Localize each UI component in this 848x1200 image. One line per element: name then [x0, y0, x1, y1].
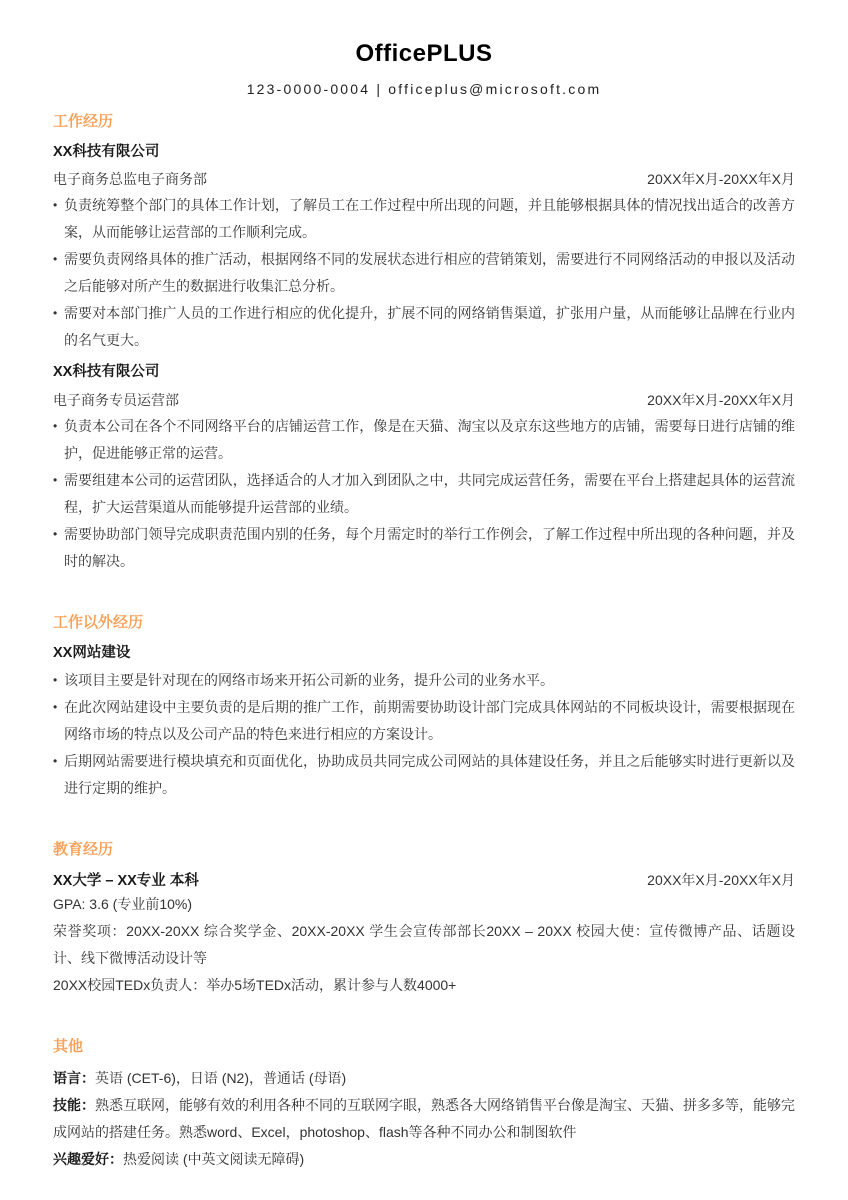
bullet-item: •后期网站需要进行模块填充和页面优化，协助成员共同完成公司网站的具体建设任务，并…	[53, 748, 795, 802]
job-entry: XX科技有限公司 电子商务专员运营部 20XX年X月-20XX年X月 •负责本公…	[53, 363, 795, 575]
bullet-text: 后期网站需要进行模块填充和页面优化，协助成员共同完成公司网站的具体建设任务，并且…	[64, 753, 795, 796]
section-others: 其他 语言：英语 (CET-6)，日语 (N2)，普通话 (母语) 技能：熟悉互…	[53, 1038, 795, 1173]
bullet-item: •负责统筹整个部门的具体工作计划，了解员工在工作过程中所出现的问题，并且能够根据…	[53, 192, 795, 246]
bullet-text: 需要协助部门领导完成职责范围内别的任务，每个月需定时的举行工作例会，了解工作过程…	[64, 526, 795, 569]
skills-line: 技能：熟悉互联网，能够有效的利用各种不同的互联网字眼，熟悉各大网络销售平台像是淘…	[53, 1092, 795, 1146]
languages-label: 语言：	[53, 1070, 95, 1086]
bullet-item: •需要协助部门领导完成职责范围内别的任务，每个月需定时的举行工作例会，了解工作过…	[53, 521, 795, 575]
bullet-text: 负责统筹整个部门的具体工作计划，了解员工在工作过程中所出现的问题，并且能够根据具…	[64, 197, 795, 240]
job-entry: XX科技有限公司 电子商务总监电子商务部 20XX年X月-20XX年X月 •负责…	[53, 143, 795, 355]
project-bullets: •该项目主要是针对现在的网络市场来开拓公司新的业务，提升公司的业务水平。 •在此…	[53, 667, 795, 802]
bullet-icon: •	[53, 300, 57, 327]
section-education: 教育经历 XX大学 – XX专业 本科 20XX年X月-20XX年X月 GPA:…	[53, 841, 795, 1000]
languages-text: 英语 (CET-6)，日语 (N2)，普通话 (母语)	[95, 1070, 346, 1086]
bullet-icon: •	[53, 246, 57, 273]
section-heading-education: 教育经历	[53, 841, 795, 859]
company-name: XX科技有限公司	[53, 363, 159, 383]
bullet-icon: •	[53, 694, 57, 721]
resume-page: OfficePLUS 123-0000-0004 | officeplus@mi…	[0, 0, 848, 1200]
bullet-text: 需要对本部门推广人员的工作进行相应的优化提升，扩展不同的网络销售渠道，扩张用户量…	[64, 305, 795, 348]
bullet-item: •负责本公司在各个不同网络平台的店铺运营工作，像是在天猫、淘宝以及京东这些地方的…	[53, 413, 795, 467]
job-bullets: •负责统筹整个部门的具体工作计划，了解员工在工作过程中所出现的问题，并且能够根据…	[53, 192, 795, 354]
hobbies-label: 兴趣爱好：	[53, 1151, 123, 1167]
bullet-text: 需要负责网络具体的推广活动，根据网络不同的发展状态进行相应的营销策划，需要进行不…	[64, 251, 795, 294]
bullet-text: 在此次网站建设中主要负责的是后期的推广工作，前期需要协助设计部门完成具体网站的不…	[64, 699, 795, 742]
bullet-icon: •	[53, 521, 57, 548]
education-date: 20XX年X月-20XX年X月	[647, 870, 795, 890]
honors-line: 荣誉奖项：20XX-20XX 综合奖学金、20XX-20XX 学生会宣传部部长2…	[53, 918, 795, 972]
skills-label: 技能：	[53, 1097, 95, 1113]
bullet-icon: •	[53, 192, 57, 219]
tedx-line: 20XX校园TEDx负责人：举办5场TEDx活动，累计参与人数4000+	[53, 972, 795, 999]
languages-line: 语言：英语 (CET-6)，日语 (N2)，普通话 (母语)	[53, 1065, 795, 1092]
hobbies-text: 热爱阅读 (中英文阅读无障碍)	[123, 1151, 304, 1167]
job-role: 电子商务总监电子商务部	[53, 169, 207, 189]
job-bullets: •负责本公司在各个不同网络平台的店铺运营工作，像是在天猫、淘宝以及京东这些地方的…	[53, 413, 795, 575]
bullet-icon: •	[53, 467, 57, 494]
job-role: 电子商务专员运营部	[53, 390, 179, 410]
gpa-line: GPA: 3.6 (专业前10%)	[53, 891, 795, 918]
section-work: 工作经历 XX科技有限公司 电子商务总监电子商务部 20XX年X月-20XX年X…	[53, 113, 795, 576]
section-heading-others: 其他	[53, 1038, 795, 1056]
section-heading-work: 工作经历	[53, 113, 795, 131]
bullet-item: •需要对本部门推广人员的工作进行相应的优化提升，扩展不同的网络销售渠道，扩张用户…	[53, 300, 795, 354]
company-name: XX科技有限公司	[53, 143, 159, 163]
bullet-item: •需要组建本公司的运营团队，选择适合的人才加入到团队之中，共同完成运营任务，需要…	[53, 467, 795, 521]
bullet-text: 该项目主要是针对现在的网络市场来开拓公司新的业务，提升公司的业务水平。	[64, 672, 554, 688]
bullet-text: 负责本公司在各个不同网络平台的店铺运营工作，像是在天猫、淘宝以及京东这些地方的店…	[64, 418, 795, 461]
bullet-item: •需要负责网络具体的推广活动，根据网络不同的发展状态进行相应的营销策划，需要进行…	[53, 246, 795, 300]
bullet-icon: •	[53, 413, 57, 440]
job-date: 20XX年X月-20XX年X月	[647, 169, 795, 189]
bullet-text: 需要组建本公司的运营团队，选择适合的人才加入到团队之中，共同完成运营任务，需要在…	[64, 472, 795, 515]
project-name: XX网站建设	[53, 644, 130, 664]
school-name: XX大学 – XX专业 本科	[53, 872, 199, 892]
bullet-icon: •	[53, 667, 57, 694]
doc-title: OfficePLUS	[53, 40, 795, 68]
section-heading-outside-work: 工作以外经历	[53, 614, 795, 632]
contact-line: 123-0000-0004 | officeplus@microsoft.com	[53, 81, 795, 97]
job-date: 20XX年X月-20XX年X月	[647, 390, 795, 410]
section-outside-work: 工作以外经历 XX网站建设 •该项目主要是针对现在的网络市场来开拓公司新的业务，…	[53, 614, 795, 802]
hobbies-line: 兴趣爱好：热爱阅读 (中英文阅读无障碍)	[53, 1146, 795, 1173]
bullet-item: •该项目主要是针对现在的网络市场来开拓公司新的业务，提升公司的业务水平。	[53, 667, 795, 694]
bullet-item: •在此次网站建设中主要负责的是后期的推广工作，前期需要协助设计部门完成具体网站的…	[53, 694, 795, 748]
skills-text: 熟悉互联网，能够有效的利用各种不同的互联网字眼，熟悉各大网络销售平台像是淘宝、天…	[53, 1097, 795, 1140]
bullet-icon: •	[53, 748, 57, 775]
